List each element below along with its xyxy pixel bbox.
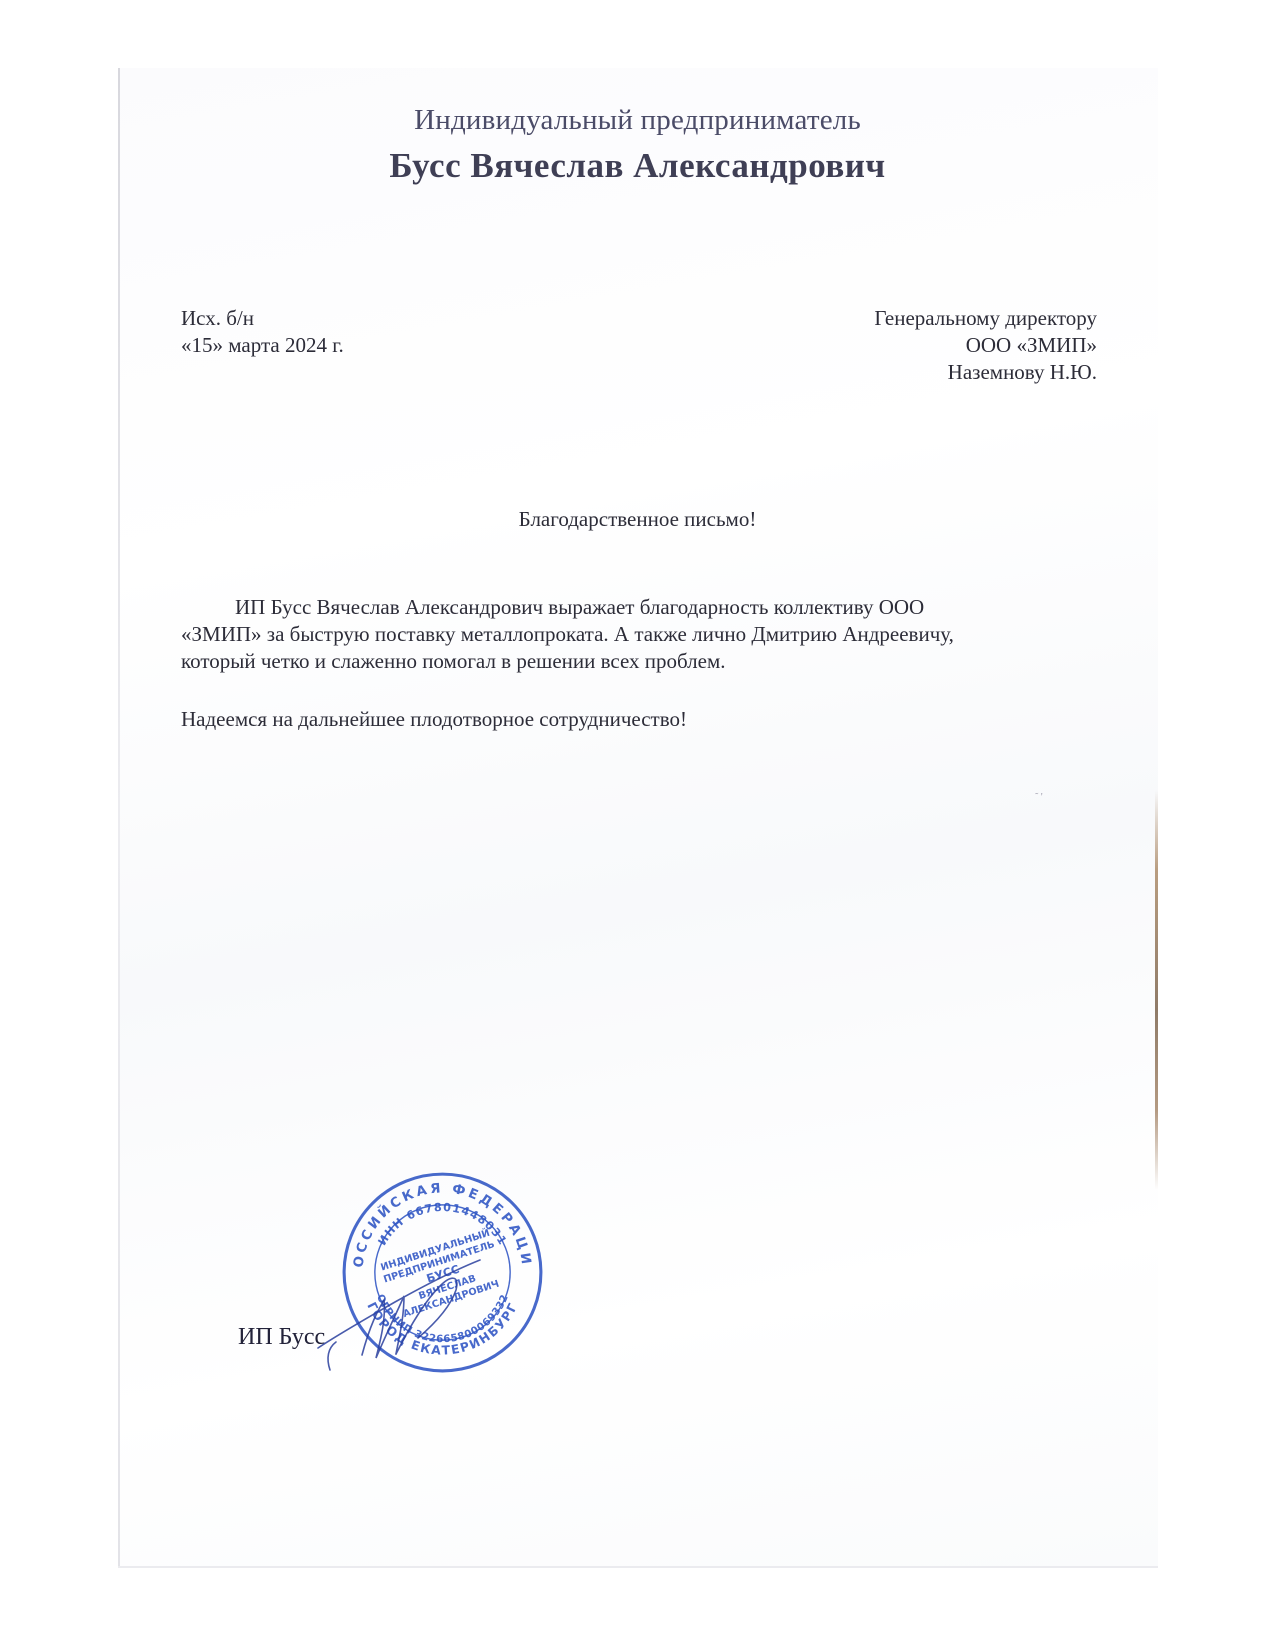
letter-title: Благодарственное письмо! xyxy=(0,506,1275,533)
outgoing-ref: Исх. б/н xyxy=(181,305,344,332)
body-line: «ЗМИП» за быструю поставку металлопрокат… xyxy=(181,621,954,648)
body-line: который четко и слаженно помогал в решен… xyxy=(181,648,954,675)
paper-bottom-edge xyxy=(118,1566,1158,1568)
paper-left-edge xyxy=(118,68,120,1568)
body-line: ИП Бусс Вячеслав Александрович выражает … xyxy=(181,594,954,621)
outgoing-date: «15» марта 2024 г. xyxy=(181,332,344,359)
outgoing-block: Исх. б/н «15» марта 2024 г. xyxy=(181,305,344,359)
body-paragraph-1: ИП Бусс Вячеслав Александрович выражает … xyxy=(181,594,954,675)
paper-speck: ˜ ' xyxy=(1035,792,1043,803)
paper-fold-shadow xyxy=(1155,790,1158,1190)
recipient-name: Наземнову Н.Ю. xyxy=(874,359,1097,386)
recipient-block: Генеральному директору ООО «ЗМИП» Наземн… xyxy=(874,305,1097,386)
letterhead-title: Индивидуальный предприниматель xyxy=(0,104,1275,137)
handwritten-signature xyxy=(300,1230,500,1380)
letterhead-name: Бусс Вячеслав Александрович xyxy=(0,146,1275,186)
recipient-position: Генеральному директору xyxy=(874,305,1097,332)
recipient-company: ООО «ЗМИП» xyxy=(874,332,1097,359)
body-paragraph-2: Надеемся на дальнейшее плодотворное сотр… xyxy=(181,706,687,733)
